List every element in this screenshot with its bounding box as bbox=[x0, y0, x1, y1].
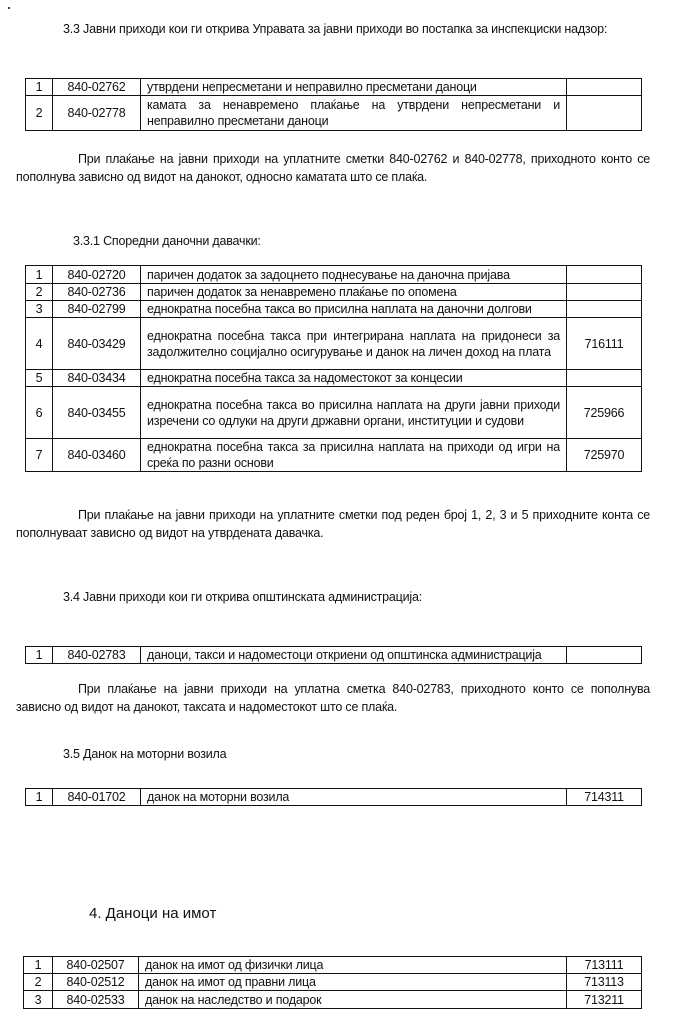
row-number: 2 bbox=[26, 284, 53, 301]
table-4: 1 840-02507 данок на имот од физички лиц… bbox=[23, 956, 642, 1009]
table-row: 1 840-01702 данок на моторни возила 7143… bbox=[26, 789, 642, 806]
revenue-code bbox=[567, 266, 642, 284]
table-3-3: 1 840-02762 утврдени непресметани и непр… bbox=[25, 78, 642, 131]
revenue-code bbox=[567, 96, 642, 131]
section-heading-3-3-1: 3.3.1 Споредни даночни давачки: bbox=[73, 234, 261, 248]
row-number: 6 bbox=[26, 387, 53, 439]
description: данок на имот од правни лица bbox=[139, 974, 567, 991]
account-number: 840-02533 bbox=[53, 991, 139, 1009]
row-number: 7 bbox=[26, 439, 53, 472]
row-number: 3 bbox=[24, 991, 53, 1009]
description: камата за ненавремено плаќање на утврден… bbox=[141, 96, 567, 131]
revenue-code: 716111 bbox=[567, 318, 642, 370]
account-number: 840-02778 bbox=[53, 96, 141, 131]
account-number: 840-03455 bbox=[53, 387, 141, 439]
revenue-code: 725970 bbox=[567, 439, 642, 472]
note-3-3-1: При плаќање на јавни приходи на уплатнит… bbox=[16, 506, 650, 542]
section-heading-3-5: 3.5 Данок на моторни возила bbox=[63, 747, 226, 761]
description: еднократна посебна такса за присилна нап… bbox=[141, 439, 567, 472]
note-3-3: При плаќање на јавни приходи на уплатнит… bbox=[16, 150, 650, 186]
table-row: 1 840-02507 данок на имот од физички лиц… bbox=[24, 957, 642, 974]
section-heading-3-3: 3.3 Јавни приходи кои ги открива Управат… bbox=[63, 22, 607, 36]
table-row: 3 840-02533 данок на наследство и подаро… bbox=[24, 991, 642, 1009]
table-3-5: 1 840-01702 данок на моторни возила 7143… bbox=[25, 788, 642, 806]
row-number: 2 bbox=[26, 96, 53, 131]
revenue-code: 714311 bbox=[567, 789, 642, 806]
account-number: 840-02720 bbox=[53, 266, 141, 284]
account-number: 840-02736 bbox=[53, 284, 141, 301]
description: еднократна посебна такса во присилна нап… bbox=[141, 301, 567, 318]
revenue-code bbox=[567, 79, 642, 96]
table-row: 1 840-02783 даноци, такси и надоместоци … bbox=[26, 647, 642, 664]
row-number: 4 bbox=[26, 318, 53, 370]
description: еднократна посебна такса во присилна нап… bbox=[141, 387, 567, 439]
account-number: 840-02762 bbox=[53, 79, 141, 96]
description: данок на наследство и подарок bbox=[139, 991, 567, 1009]
account-number: 840-02799 bbox=[53, 301, 141, 318]
description: утврдени непресметани и неправилно пресм… bbox=[141, 79, 567, 96]
table-row: 2 840-02778 камата за ненавремено плаќањ… bbox=[26, 96, 642, 131]
table-row: 2 840-02736 паричен додаток за ненавреме… bbox=[26, 284, 642, 301]
row-number: 3 bbox=[26, 301, 53, 318]
table-row: 3 840-02799 еднократна посебна такса во … bbox=[26, 301, 642, 318]
account-number: 840-03460 bbox=[53, 439, 141, 472]
account-number: 840-03429 bbox=[53, 318, 141, 370]
table-row: 6 840-03455 еднократна посебна такса во … bbox=[26, 387, 642, 439]
revenue-code: 713211 bbox=[567, 991, 642, 1009]
description: паричен додаток за задоцнето поднесување… bbox=[141, 266, 567, 284]
account-number: 840-03434 bbox=[53, 370, 141, 387]
description: даноци, такси и надоместоци откриени од … bbox=[141, 647, 567, 664]
table-row: 7 840-03460 еднократна посебна такса за … bbox=[26, 439, 642, 472]
revenue-code bbox=[567, 370, 642, 387]
table-row: 1 840-02720 паричен додаток за задоцнето… bbox=[26, 266, 642, 284]
description: данок на имот од физички лица bbox=[139, 957, 567, 974]
note-text: При плаќање на јавни приходи на уплатнит… bbox=[16, 508, 650, 540]
row-number: 1 bbox=[26, 79, 53, 96]
section-heading-3-4: 3.4 Јавни приходи кои ги открива општинс… bbox=[63, 590, 422, 604]
table-row: 4 840-03429 еднократна посебна такса при… bbox=[26, 318, 642, 370]
account-number: 840-02507 bbox=[53, 957, 139, 974]
row-number: 5 bbox=[26, 370, 53, 387]
row-number: 1 bbox=[26, 789, 53, 806]
row-number: 2 bbox=[24, 974, 53, 991]
description: данок на моторни возила bbox=[141, 789, 567, 806]
row-number: 1 bbox=[26, 266, 53, 284]
row-number: 1 bbox=[24, 957, 53, 974]
table-row: 2 840-02512 данок на имот од правни лица… bbox=[24, 974, 642, 991]
table-3-3-1: 1 840-02720 паричен додаток за задоцнето… bbox=[25, 265, 642, 472]
section-heading-4: 4. Даноци на имот bbox=[89, 905, 216, 922]
revenue-code bbox=[567, 647, 642, 664]
account-number: 840-02783 bbox=[53, 647, 141, 664]
description: еднократна посебна такса за надоместокот… bbox=[141, 370, 567, 387]
revenue-code: 725966 bbox=[567, 387, 642, 439]
revenue-code bbox=[567, 301, 642, 318]
row-number: 1 bbox=[26, 647, 53, 664]
note-text: При плаќање на јавни приходи на уплатна … bbox=[16, 682, 650, 714]
revenue-code: 713113 bbox=[567, 974, 642, 991]
note-text: При плаќање на јавни приходи на уплатнит… bbox=[16, 152, 650, 184]
revenue-code bbox=[567, 284, 642, 301]
table-row: 5 840-03434 еднократна посебна такса за … bbox=[26, 370, 642, 387]
description: еднократна посебна такса при интегрирана… bbox=[141, 318, 567, 370]
table-3-4: 1 840-02783 даноци, такси и надоместоци … bbox=[25, 646, 642, 664]
account-number: 840-02512 bbox=[53, 974, 139, 991]
description: паричен додаток за ненавремено плаќање п… bbox=[141, 284, 567, 301]
scan-mark bbox=[8, 7, 10, 9]
note-3-4: При плаќање на јавни приходи на уплатна … bbox=[16, 680, 650, 716]
table-row: 1 840-02762 утврдени непресметани и непр… bbox=[26, 79, 642, 96]
revenue-code: 713111 bbox=[567, 957, 642, 974]
account-number: 840-01702 bbox=[53, 789, 141, 806]
